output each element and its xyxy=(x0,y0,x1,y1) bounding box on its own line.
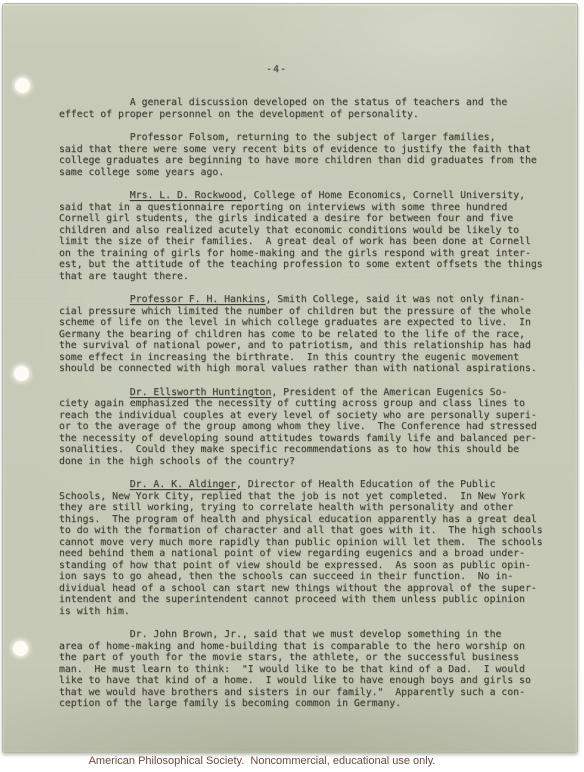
typewritten-line: like to have that kind of a home. I woul… xyxy=(59,675,543,687)
typewritten-line: reach the individual couples at every le… xyxy=(59,410,543,422)
typewritten-line: man. He must learn to think: "I would li… xyxy=(59,664,543,676)
punch-hole-middle xyxy=(14,366,29,381)
scanned-document-view: -4- A general discussion developed on th… xyxy=(0,0,584,772)
punch-hole-bottom xyxy=(13,641,28,656)
archive-credit-line: American Philosophical Society. Noncomme… xyxy=(0,755,524,767)
underlined-name: Dr. A. K. Aldinger xyxy=(130,479,236,490)
typewritten-line: to do with the formation of character an… xyxy=(59,525,543,537)
typewritten-line: standing of how that point of view shoul… xyxy=(59,560,543,572)
typewritten-line: things. The program of health and physic… xyxy=(59,514,543,526)
typewritten-line: the necessity of developing sound attitu… xyxy=(59,433,543,445)
underlined-name: Mrs. L. D. Rockwood xyxy=(130,190,242,201)
typewritten-line: effect of proper personnel on the develo… xyxy=(59,109,543,121)
typewritten-line: on the training of girls for home-making… xyxy=(59,248,543,260)
paragraph: A general discussion developed on the st… xyxy=(59,97,543,120)
typewritten-line: Mrs. L. D. Rockwood, College of Home Eco… xyxy=(59,190,543,202)
typewritten-line: same college some years ago. xyxy=(59,167,543,179)
typewritten-line: they are still working, trying to correl… xyxy=(59,502,543,514)
typewritten-line: ception of the large family is becoming … xyxy=(59,698,543,710)
typewritten-line: limit the size of their families. A grea… xyxy=(59,236,543,248)
typewritten-line: est, but the attitude of the teaching pr… xyxy=(59,259,543,271)
page-number: -4- xyxy=(266,64,287,75)
typewritten-line: done in the high schools of the country? xyxy=(59,456,543,468)
document-body: A general discussion developed on the st… xyxy=(59,97,543,722)
typewritten-line: said that in a questionnaire reporting o… xyxy=(59,202,543,214)
underlined-name: Dr. Ellsworth Huntington xyxy=(130,387,272,398)
typewritten-line: Professor F. H. Hankins, Smith College, … xyxy=(59,294,543,306)
typewritten-line: cannot move very much more rapidly than … xyxy=(59,537,543,549)
typewritten-line: dividual head of a school can start new … xyxy=(59,583,543,595)
paragraph: Dr. John Brown, Jr., said that we must d… xyxy=(59,629,543,710)
typewritten-line: children and also realized acutely that … xyxy=(59,225,543,237)
typewritten-line: should be connected with high moral valu… xyxy=(59,363,543,375)
paragraph: Dr. A. K. Aldinger, Director of Health E… xyxy=(59,479,543,617)
typewritten-line: that are taught there. xyxy=(59,271,543,283)
typewritten-line: that we would have brothers and sisters … xyxy=(59,687,543,699)
typewritten-line: need behind them a national point of vie… xyxy=(59,548,543,560)
typewritten-line: Dr. John Brown, Jr., said that we must d… xyxy=(59,629,543,641)
paragraph: Professor Folsom, returning to the subje… xyxy=(59,132,543,178)
typewritten-line: Professor Folsom, returning to the subje… xyxy=(59,132,543,144)
typewritten-line: or to the average of the group among who… xyxy=(59,421,543,433)
typewritten-line: said that there were some very recent bi… xyxy=(59,144,543,156)
paragraph: Dr. Ellsworth Huntington, President of t… xyxy=(59,387,543,468)
typewritten-line: college graduates are beginning to have … xyxy=(59,155,543,167)
typewritten-line: the survival of national power, and to p… xyxy=(59,340,543,352)
typewritten-line: Dr. Ellsworth Huntington, President of t… xyxy=(59,387,543,399)
paragraph: Professor F. H. Hankins, Smith College, … xyxy=(59,294,543,375)
typewritten-line: scheme of life on the level in which col… xyxy=(59,317,543,329)
typewritten-line: ion says to go ahead, then the schools c… xyxy=(59,571,543,583)
document-page: -4- A general discussion developed on th… xyxy=(2,3,578,753)
typewritten-line: Cornell girl students, the girls indicat… xyxy=(59,213,543,225)
typewritten-line: Germany the bearing of children has come… xyxy=(59,329,543,341)
punch-hole-top xyxy=(15,78,30,93)
typewritten-line: the part of youth for the movie stars, t… xyxy=(59,652,543,664)
typewritten-line: A general discussion developed on the st… xyxy=(59,97,543,109)
typewritten-line: some effect in increasing the birthrate.… xyxy=(59,352,543,364)
typewritten-line: intendent and the superintendent cannot … xyxy=(59,594,543,606)
typewritten-line: cial pressure which limited the number o… xyxy=(59,306,543,318)
typewritten-line: ciety again emphasized the necessity of … xyxy=(59,398,543,410)
underlined-name: Professor F. H. Hankins xyxy=(130,294,266,305)
typewritten-line: sonalities. Could they make specific rec… xyxy=(59,444,543,456)
typewritten-line: area of home-making and home-building th… xyxy=(59,641,543,653)
typewritten-line: is with him. xyxy=(59,606,543,618)
typewritten-line: Schools, New York City, replied that the… xyxy=(59,491,543,503)
paragraph: Mrs. L. D. Rockwood, College of Home Eco… xyxy=(59,190,543,282)
typewritten-line: Dr. A. K. Aldinger, Director of Health E… xyxy=(59,479,543,491)
